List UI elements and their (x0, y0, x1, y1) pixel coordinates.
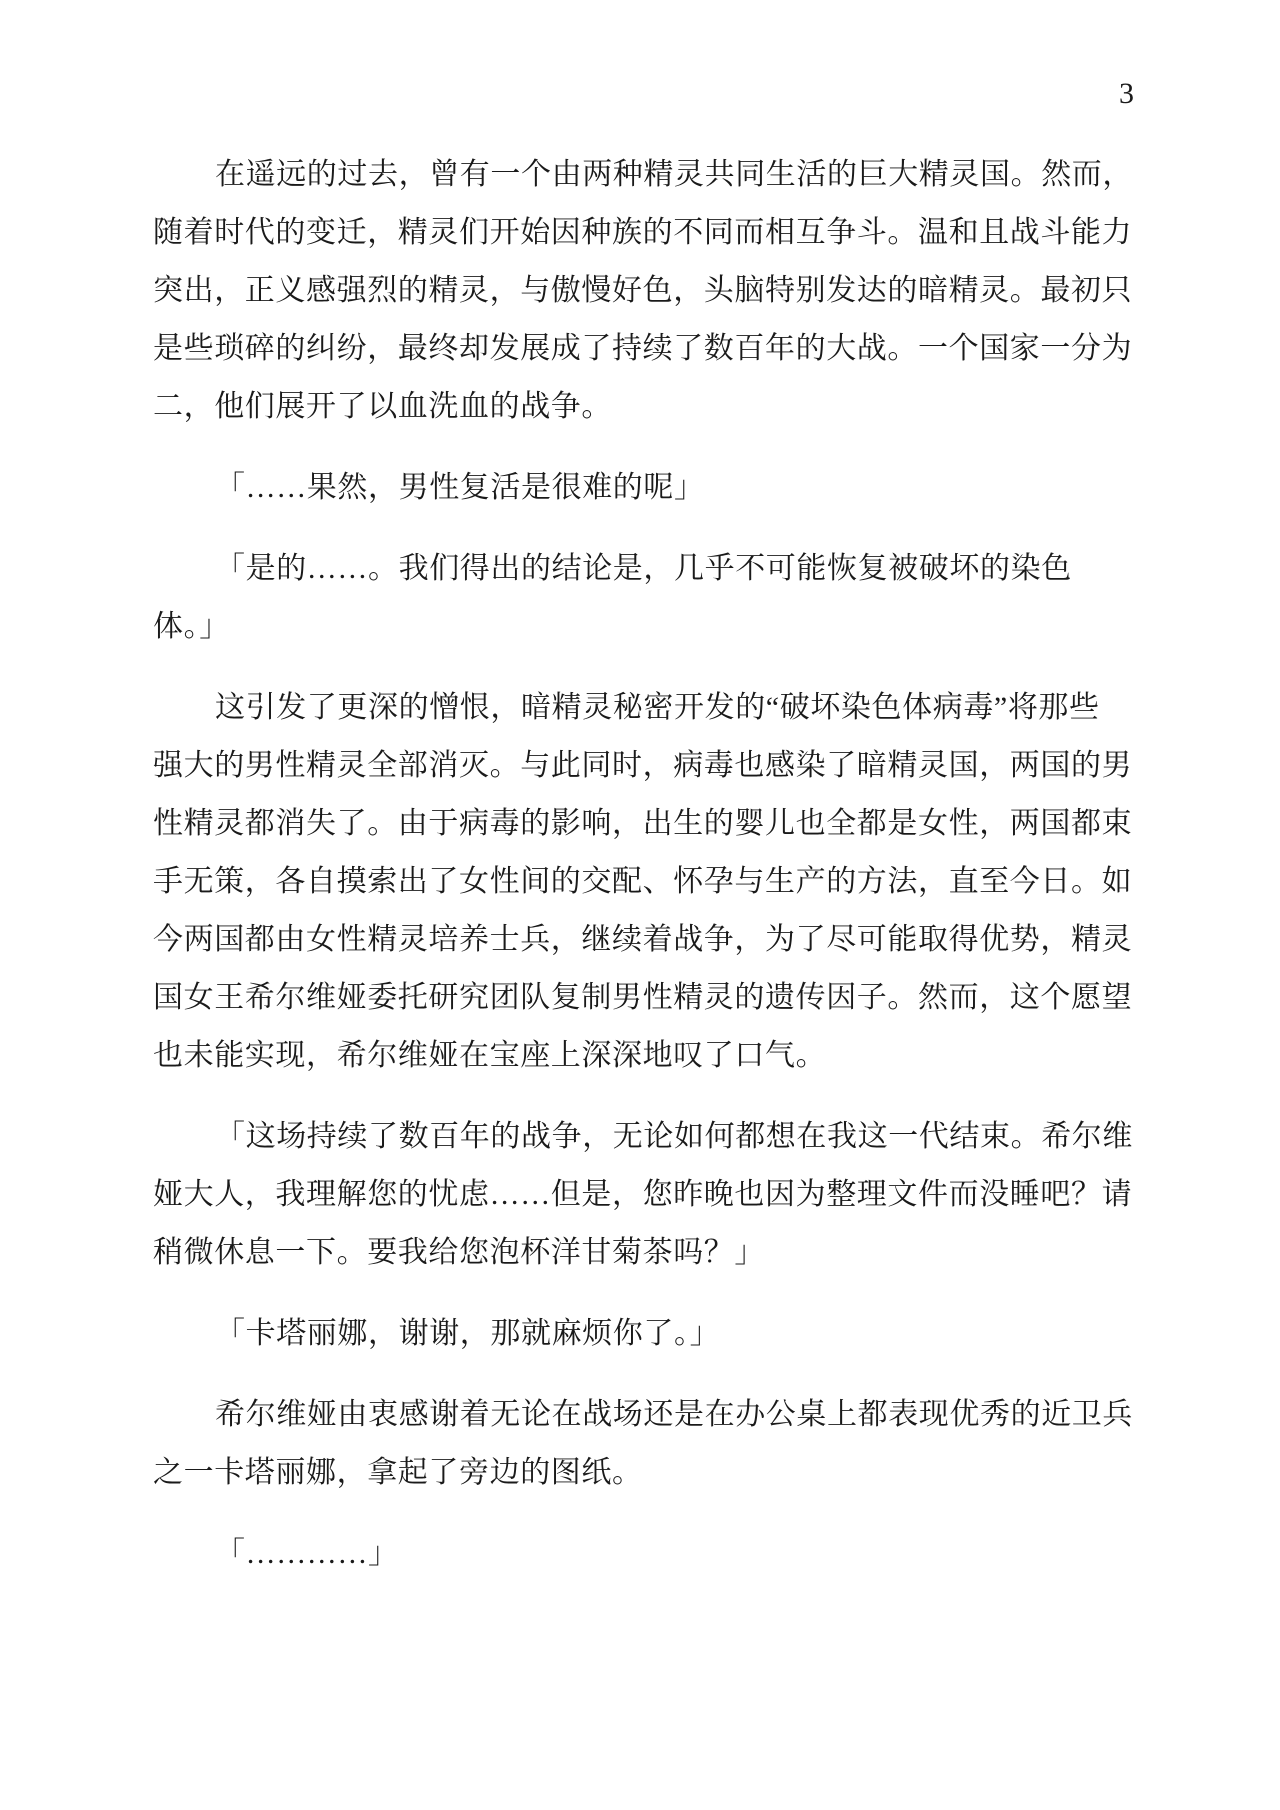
text-line: 随着时代的变迁，精灵们开始因种族的不同而相互争斗。温和且战斗能力 (153, 204, 1168, 262)
paragraph-dialogue: 「…………」 (153, 1525, 1168, 1583)
text-line: 也未能实现，希尔维娅在宝座上深深地叹了口气。 (153, 1027, 1168, 1085)
text-line: 「是的……。我们得出的结论是，几乎不可能恢复被破坏的染色 (153, 540, 1168, 598)
text-line: 国女王希尔维娅委托研究团队复制男性精灵的遗传因子。然而，这个愿望 (153, 969, 1168, 1027)
paragraph-dialogue: 「这场持续了数百年的战争，无论如何都想在我这一代结束。希尔维 娅大人，我理解您的… (153, 1108, 1168, 1282)
text-line: 「这场持续了数百年的战争，无论如何都想在我这一代结束。希尔维 (153, 1108, 1168, 1166)
paragraph: 希尔维娅由衷感谢着无论在战场还是在办公桌上都表现优秀的近卫兵 之一卡塔丽娜，拿起… (153, 1386, 1168, 1502)
text-line: 手无策，各自摸索出了女性间的交配、怀孕与生产的方法，直至今日。如 (153, 853, 1168, 911)
text-line: 「…………」 (153, 1525, 1168, 1583)
text-line: 之一卡塔丽娜，拿起了旁边的图纸。 (153, 1444, 1168, 1502)
text-line: 突出，正义感强烈的精灵，与傲慢好色，头脑特别发达的暗精灵。最初只 (153, 262, 1168, 320)
page-number: 3 (1119, 76, 1134, 112)
text-line: 「卡塔丽娜，谢谢，那就麻烦你了。」 (153, 1305, 1168, 1363)
text-line: 今两国都由女性精灵培养士兵，继续着战争，为了尽可能取得优势，精灵 (153, 911, 1168, 969)
paragraph-dialogue: 「是的……。我们得出的结论是，几乎不可能恢复被破坏的染色 体。」 (153, 540, 1168, 656)
text-line: 稍微休息一下。要我给您泡杯洋甘菊茶吗？」 (153, 1224, 1168, 1282)
paragraph-dialogue: 「……果然，男性复活是很难的呢」 (153, 459, 1168, 517)
text-line: 希尔维娅由衷感谢着无论在战场还是在办公桌上都表现优秀的近卫兵 (153, 1386, 1168, 1444)
paragraph: 这引发了更深的憎恨，暗精灵秘密开发的“破坏染色体病毒”将那些 强大的男性精灵全部… (153, 679, 1168, 1085)
text-line: 体。」 (153, 598, 1168, 656)
text-line: 娅大人，我理解您的忧虑……但是，您昨晚也因为整理文件而没睡吧？请 (153, 1166, 1168, 1224)
text-line: 性精灵都消失了。由于病毒的影响，出生的婴儿也全都是女性，两国都束 (153, 795, 1168, 853)
paragraph: 在遥远的过去，曾有一个由两种精灵共同生活的巨大精灵国。然而， 随着时代的变迁，精… (153, 146, 1168, 436)
text-line: 这引发了更深的憎恨，暗精灵秘密开发的“破坏染色体病毒”将那些 (153, 679, 1168, 737)
document-page: 3 在遥远的过去，曾有一个由两种精灵共同生活的巨大精灵国。然而， 随着时代的变迁… (0, 0, 1280, 1810)
text-line: 强大的男性精灵全部消灭。与此同时，病毒也感染了暗精灵国，两国的男 (153, 737, 1168, 795)
text-line: 二，他们展开了以血洗血的战争。 (153, 378, 1168, 436)
document-body: 在遥远的过去，曾有一个由两种精灵共同生活的巨大精灵国。然而， 随着时代的变迁，精… (153, 146, 1168, 1583)
text-line: 在遥远的过去，曾有一个由两种精灵共同生活的巨大精灵国。然而， (153, 146, 1168, 204)
text-line: 是些琐碎的纠纷，最终却发展成了持续了数百年的大战。一个国家一分为 (153, 320, 1168, 378)
paragraph-dialogue: 「卡塔丽娜，谢谢，那就麻烦你了。」 (153, 1305, 1168, 1363)
text-line: 「……果然，男性复活是很难的呢」 (153, 459, 1168, 517)
